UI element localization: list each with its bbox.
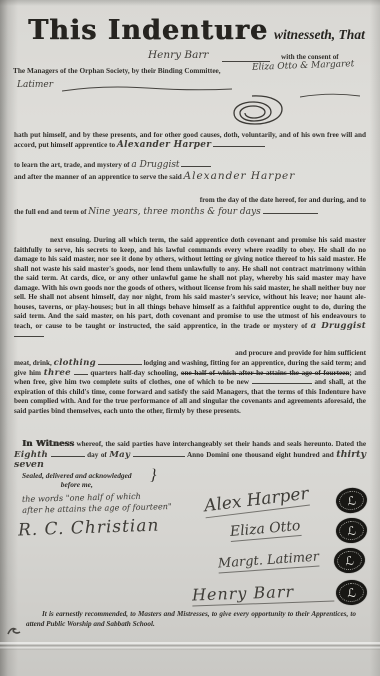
flourish-line-right — [300, 92, 360, 100]
wax-seal-icon: ℒ — [335, 517, 368, 545]
witness-text2: day of — [87, 451, 107, 459]
term-line: the full end and term of Nine years, thr… — [14, 207, 318, 217]
wax-seal-icon: ℒ — [335, 579, 368, 606]
witness-text3: Anno Domini — [187, 451, 229, 459]
hw-serve-name: Alexander Harper — [184, 170, 296, 182]
serve-lead: and after the manner of an apprentice to… — [14, 173, 182, 181]
title-blackletter: This Indenture — [28, 15, 268, 46]
spiral-flourish-icon — [222, 94, 286, 134]
fill-line — [98, 360, 142, 365]
fill-line — [263, 209, 318, 214]
wax-seal-icon: ℒ — [333, 546, 366, 574]
attestation: Sealed, delivered and acknowledged befor… — [22, 472, 132, 489]
from-clause: from the day of the date hereof, for and… — [200, 196, 366, 204]
witness-signature: R. C. Christian — [18, 516, 160, 541]
fill-line — [51, 452, 85, 457]
provide-clause: and procure and provide for him sufficie… — [235, 349, 366, 357]
fill-line — [252, 379, 312, 384]
witness-text1: whereof, the said parties have interchan… — [76, 440, 366, 448]
hw-committee-names-2: Latimer — [17, 80, 53, 90]
fill-line — [222, 52, 270, 62]
fill-line — [213, 142, 265, 147]
attestation-brace: } — [150, 472, 156, 481]
attestation-line2: before me, — [22, 481, 132, 490]
indenture-document: This Indenturewitnesseth, That Henry Bar… — [0, 0, 380, 676]
witness-text4: one thousand eight hundred and — [232, 451, 334, 459]
serve-line: and after the manner of an apprentice to… — [14, 170, 295, 182]
hw-term-value: Nine years, three months & four days — [88, 207, 260, 217]
paper-crease — [0, 642, 380, 652]
hw-master-name: Alexander Harper — [117, 140, 211, 150]
hw-covenant-trade: a Druggist — [311, 321, 366, 331]
hw-committee-names: Eliza Otto & Margaret — [252, 59, 355, 73]
signature-henry-barr: Henry Barr — [192, 581, 335, 607]
seal-monogram: ℒ — [345, 554, 355, 567]
signature-eliza-otto: Eliza Otto — [229, 518, 301, 542]
flourish-line — [62, 84, 232, 94]
term-lead: the full end and term of — [14, 208, 86, 216]
signature-margt-latimer: Margt. Latimer — [218, 549, 320, 573]
hw-trade-value: a Druggist — [131, 160, 179, 170]
hw-clothing: clothing — [54, 358, 96, 368]
hw-day: Eighth — [14, 450, 48, 460]
trade-line: to learn the art, trade, and mystery of … — [14, 160, 211, 170]
hw-quarters: three — [44, 368, 71, 378]
hw-month: May — [109, 450, 130, 460]
seal-monogram: ℒ — [347, 524, 357, 537]
provision-pre: meat, drink, — [14, 359, 52, 367]
provision-mid2: quarters half-day schooling, — [90, 369, 178, 377]
fill-line — [14, 332, 44, 337]
title-witnesseth: witnesseth, That — [274, 27, 365, 42]
footer-text: It is earnestly recommended, to Masters … — [26, 610, 356, 628]
provision-paragraph: meat, drink, clothing lodging and washin… — [14, 359, 366, 416]
hw-apprentice-name-top: Henry Barr — [148, 49, 208, 61]
marginal-note: the words "one half of which after he at… — [22, 490, 172, 516]
trade-lead: to learn the art, trade, and mystery of — [14, 161, 130, 169]
ink-mark — [6, 626, 22, 636]
binding-paragraph: hath put himself, and by these presents,… — [14, 131, 366, 150]
document-title: This Indenturewitnesseth, That — [28, 15, 366, 46]
seal-monogram: ℒ — [347, 586, 356, 599]
covenant-paragraph: next ensuing. During all which term, the… — [14, 236, 366, 341]
seal-monogram: ℒ — [346, 494, 356, 507]
signature-alex-harper: Alex Harper — [203, 484, 310, 519]
in-witness-blackletter: In Witness — [22, 439, 74, 449]
fill-line — [181, 162, 211, 167]
covenant-text: next ensuing. During all which term, the… — [14, 236, 366, 330]
committee-line: The Managers of the Orphan Society, by t… — [13, 66, 221, 75]
struck-phrase: one half of which after he attains the a… — [181, 369, 349, 377]
witness-clause: In Witness whereof, the said parties hav… — [14, 440, 366, 471]
fill-line — [133, 452, 185, 457]
footer-recommendation: It is earnestly recommended, to Masters … — [26, 610, 356, 629]
fill-line — [74, 370, 88, 375]
wax-seal-icon: ℒ — [334, 486, 368, 515]
